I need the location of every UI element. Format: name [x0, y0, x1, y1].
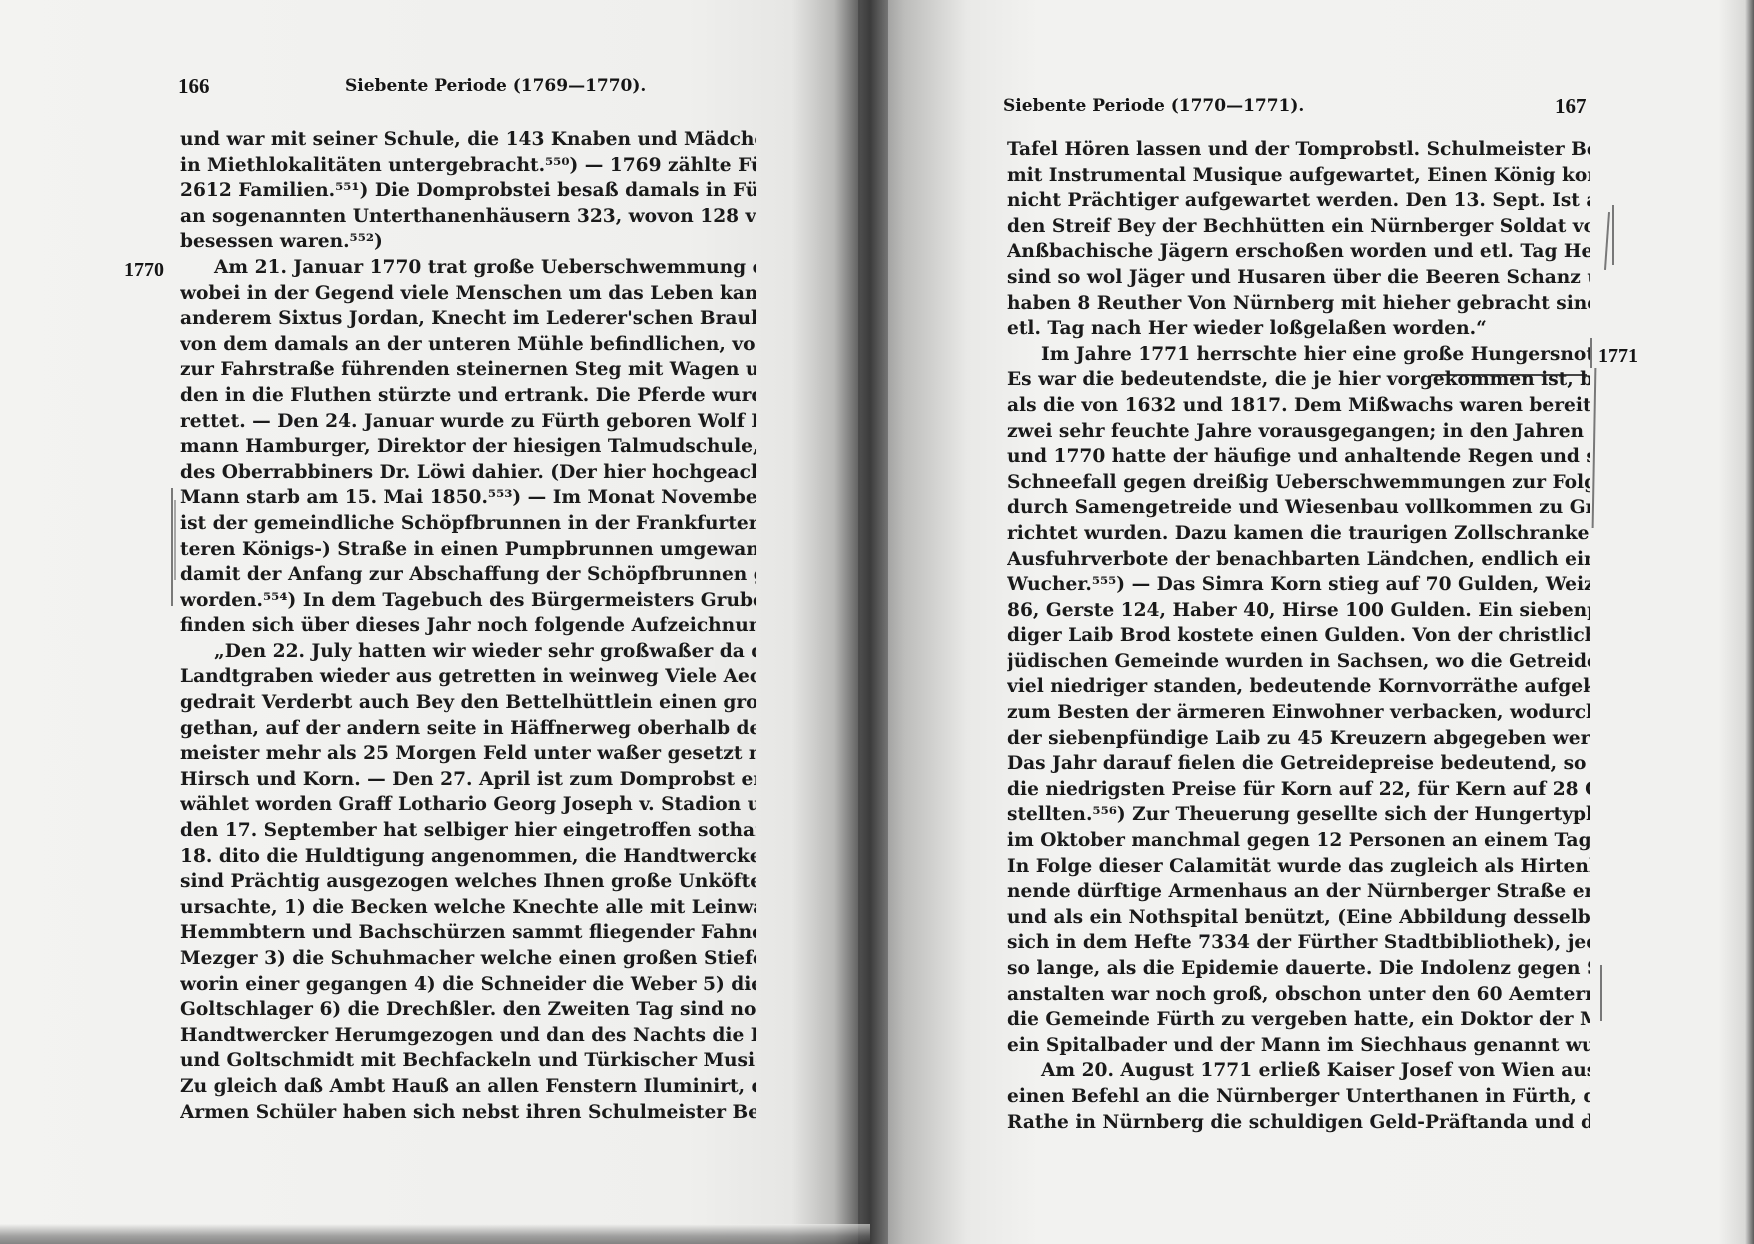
text-line: zwei sehr feuchte Jahre vorausgegangen; …: [1007, 419, 1590, 445]
text-line: und 1770 hatte der häufige und anhaltend…: [1007, 444, 1590, 470]
text-line: In Folge dieser Calamität wurde das zugl…: [1007, 854, 1590, 880]
text-line: diger Laib Brod kostete einen Gulden. Vo…: [1007, 623, 1590, 649]
book-gutter: [858, 0, 888, 1244]
text-line: Am 21. Januar 1770 trat große Ueberschwe…: [180, 255, 756, 281]
text-line: teren Königs-) Straße in einen Pumpbrunn…: [180, 537, 756, 563]
text-line: wobei in der Gegend viele Menschen um da…: [180, 281, 756, 307]
pencil-margin-mark: [1604, 212, 1610, 270]
pencil-margin-mark: [1612, 205, 1614, 265]
text-line: so lange, als die Epidemie dauerte. Die …: [1007, 956, 1590, 982]
running-head: Siebente Periode (1769—1770).: [345, 76, 646, 96]
right-body-text: Tafel Hören lassen und der Tomprobstl. S…: [1007, 137, 1590, 1135]
text-line: Handtwercker Herumgezogen und dan des Na…: [180, 1023, 756, 1049]
text-line: Landtgraben wieder aus getretten in wein…: [180, 664, 756, 690]
text-line: in Miethlokalitäten untergebracht.⁵⁵⁰) —…: [180, 153, 756, 179]
text-line: nende dürftige Armenhaus an der Nürnberg…: [1007, 879, 1590, 905]
text-line: meister mehr als 25 Morgen Feld unter wa…: [180, 741, 756, 767]
text-line: Mezger 3) die Schuhmacher welche einen g…: [180, 946, 756, 972]
text-line: Armen Schüler haben sich nebst ihren Sch…: [180, 1100, 756, 1126]
text-line: und war mit seiner Schule, die 143 Knabe…: [180, 127, 756, 153]
text-line: ursachte, 1) die Becken welche Knechte a…: [180, 895, 756, 921]
text-line: die niedrigsten Preise für Korn auf 22, …: [1007, 777, 1590, 803]
text-line: mann Hamburger, Direktor der hiesigen Ta…: [180, 434, 756, 460]
pencil-margin-mark: [171, 488, 173, 606]
text-line: als die von 1632 und 1817. Dem Mißwachs …: [1007, 393, 1590, 419]
running-head: Siebente Periode (1770—1771).: [1003, 96, 1304, 116]
text-line: anderem Sixtus Jordan, Knecht im Lederer…: [180, 306, 756, 332]
text-line: der siebenpfündige Laib zu 45 Kreuzern a…: [1007, 726, 1590, 752]
right-page: Siebente Periode (1770—1771). 167 1771 T…: [860, 0, 1754, 1244]
margin-year: 1770: [124, 259, 164, 282]
text-line: an sogenannten Unterthanenhäusern 323, w…: [180, 204, 756, 230]
text-line: Schneefall gegen dreißig Ueberschwemmung…: [1007, 470, 1590, 496]
text-line: ist der gemeindliche Schöpfbrunnen in de…: [180, 511, 756, 537]
text-line: zur Fahrstraße führenden steinernen Steg…: [180, 357, 756, 383]
text-line: Hirsch und Korn. — Den 27. April ist zum…: [180, 767, 756, 793]
text-line: worin einer gegangen 4) die Schneider di…: [180, 972, 756, 998]
text-line: Das Jahr darauf fielen die Getreidepreis…: [1007, 751, 1590, 777]
pencil-margin-mark: [1590, 338, 1592, 368]
text-line: im Oktober manchmal gegen 12 Personen an…: [1007, 828, 1590, 854]
text-line: ein Spitalbader und der Mann im Siechhau…: [1007, 1033, 1590, 1059]
text-line: viel niedriger standen, bedeutende Kornv…: [1007, 674, 1590, 700]
page-number: 167: [1555, 94, 1587, 119]
text-line: einen Befehl an die Nürnberger Unterthan…: [1007, 1084, 1590, 1110]
text-line: richtet wurden. Dazu kamen die traurigen…: [1007, 521, 1590, 547]
text-line: jüdischen Gemeinde wurden in Sachsen, wo…: [1007, 649, 1590, 675]
text-line: Tafel Hören lassen und der Tomprobstl. S…: [1007, 137, 1590, 163]
text-line: finden sich über dieses Jahr noch folgen…: [180, 613, 756, 639]
text-line: von dem damals an der unteren Mühle befi…: [180, 332, 756, 358]
text-line: die Gemeinde Fürth zu vergeben hatte, ei…: [1007, 1007, 1590, 1033]
text-line: gethan, auf der andern seite in Häffnerw…: [180, 716, 756, 742]
text-line: anstalten war noch groß, obschon unter d…: [1007, 982, 1590, 1008]
page-number: 166: [178, 74, 210, 99]
text-line: den Streif Bey der Bechhütten ein Nürnbe…: [1007, 214, 1590, 240]
text-line: stellten.⁵⁵⁶) Zur Theuerung gesellte sic…: [1007, 802, 1590, 828]
text-line: wählet worden Graff Lothario Georg Josep…: [180, 792, 756, 818]
text-line: des Oberrabbiners Dr. Löwi dahier. (Der …: [180, 460, 756, 486]
text-line: Es war die bedeutendste, die je hier vor…: [1007, 367, 1590, 393]
left-page: 166 Siebente Periode (1769—1770). 1770 u…: [0, 0, 860, 1244]
text-line: Rathe in Nürnberg die schuldigen Geld-Pr…: [1007, 1110, 1590, 1136]
text-line: 2612 Familien.⁵⁵¹) Die Domprobstei besaß…: [180, 178, 756, 204]
text-line: „Den 22. July hatten wir wieder sehr gro…: [180, 639, 756, 665]
text-line: nicht Prächtiger aufgewartet werden. Den…: [1007, 188, 1590, 214]
pencil-margin-mark: [1600, 965, 1602, 1021]
text-line: den in die Fluthen stürzte und ertrank. …: [180, 383, 756, 409]
text-line: sich in dem Hefte 7334 der Fürther Stadt…: [1007, 930, 1590, 956]
page-bottom-edge: [0, 1224, 870, 1244]
text-line: Im Jahre 1771 herrschte hier eine große …: [1007, 342, 1590, 368]
text-line: haben 8 Reuther Von Nürnberg mit hieher …: [1007, 291, 1590, 317]
text-line: mit Instrumental Musique aufgewartet, Ei…: [1007, 163, 1590, 189]
text-line: Am 20. August 1771 erließ Kaiser Josef v…: [1007, 1058, 1590, 1084]
text-line: 18. dito die Huldtigung angenommen, die …: [180, 844, 756, 870]
margin-year: 1771: [1598, 345, 1638, 368]
text-line: rettet. — Den 24. Januar wurde zu Fürth …: [180, 409, 756, 435]
text-line: und Goltschmidt mit Bechfackeln und Türk…: [180, 1048, 756, 1074]
text-line: etl. Tag nach Her wieder loßgelaßen word…: [1007, 316, 1590, 342]
text-line: worden.⁵⁵⁴) In dem Tagebuch des Bürgerme…: [180, 588, 756, 614]
text-line: zum Besten der ärmeren Einwohner verback…: [1007, 700, 1590, 726]
text-line: gedrait Verderbt auch Bey den Bettelhütt…: [180, 690, 756, 716]
pencil-margin-mark: [1592, 368, 1597, 528]
book-spread: 166 Siebente Periode (1769—1770). 1770 u…: [0, 0, 1754, 1244]
pencil-margin-mark: [174, 500, 176, 580]
text-line: besessen waren.⁵⁵²): [180, 229, 756, 255]
text-line: Mann starb am 15. Mai 1850.⁵⁵³) — Im Mon…: [180, 485, 756, 511]
text-line: sind so wol Jäger und Husaren über die B…: [1007, 265, 1590, 291]
text-line: Ausfuhrverbote der benachbarten Ländchen…: [1007, 547, 1590, 573]
text-line: Zu gleich daß Ambt Hauß an allen Fenster…: [180, 1074, 756, 1100]
left-body-text: und war mit seiner Schule, die 143 Knabe…: [180, 127, 756, 1125]
text-line: Anßbachische Jägern erschoßen worden und…: [1007, 239, 1590, 265]
text-line: und als ein Nothspital benützt, (Eine Ab…: [1007, 905, 1590, 931]
text-line: Wucher.⁵⁵⁵) — Das Simra Korn stieg auf 7…: [1007, 572, 1590, 598]
text-line: damit der Anfang zur Abschaffung der Sch…: [180, 562, 756, 588]
text-line: Goltschlager 6) die Drechßler. den Zweit…: [180, 997, 756, 1023]
text-line: Hemmbtern und Bachschürzen sammt fliegen…: [180, 920, 756, 946]
text-line: den 17. September hat selbiger hier eing…: [180, 818, 756, 844]
text-line: 86, Gerste 124, Haber 40, Hirse 100 Guld…: [1007, 598, 1590, 624]
text-line: durch Samengetreide und Wiesenbau vollko…: [1007, 495, 1590, 521]
text-line: sind Prächtig ausgezogen welches Ihnen g…: [180, 869, 756, 895]
